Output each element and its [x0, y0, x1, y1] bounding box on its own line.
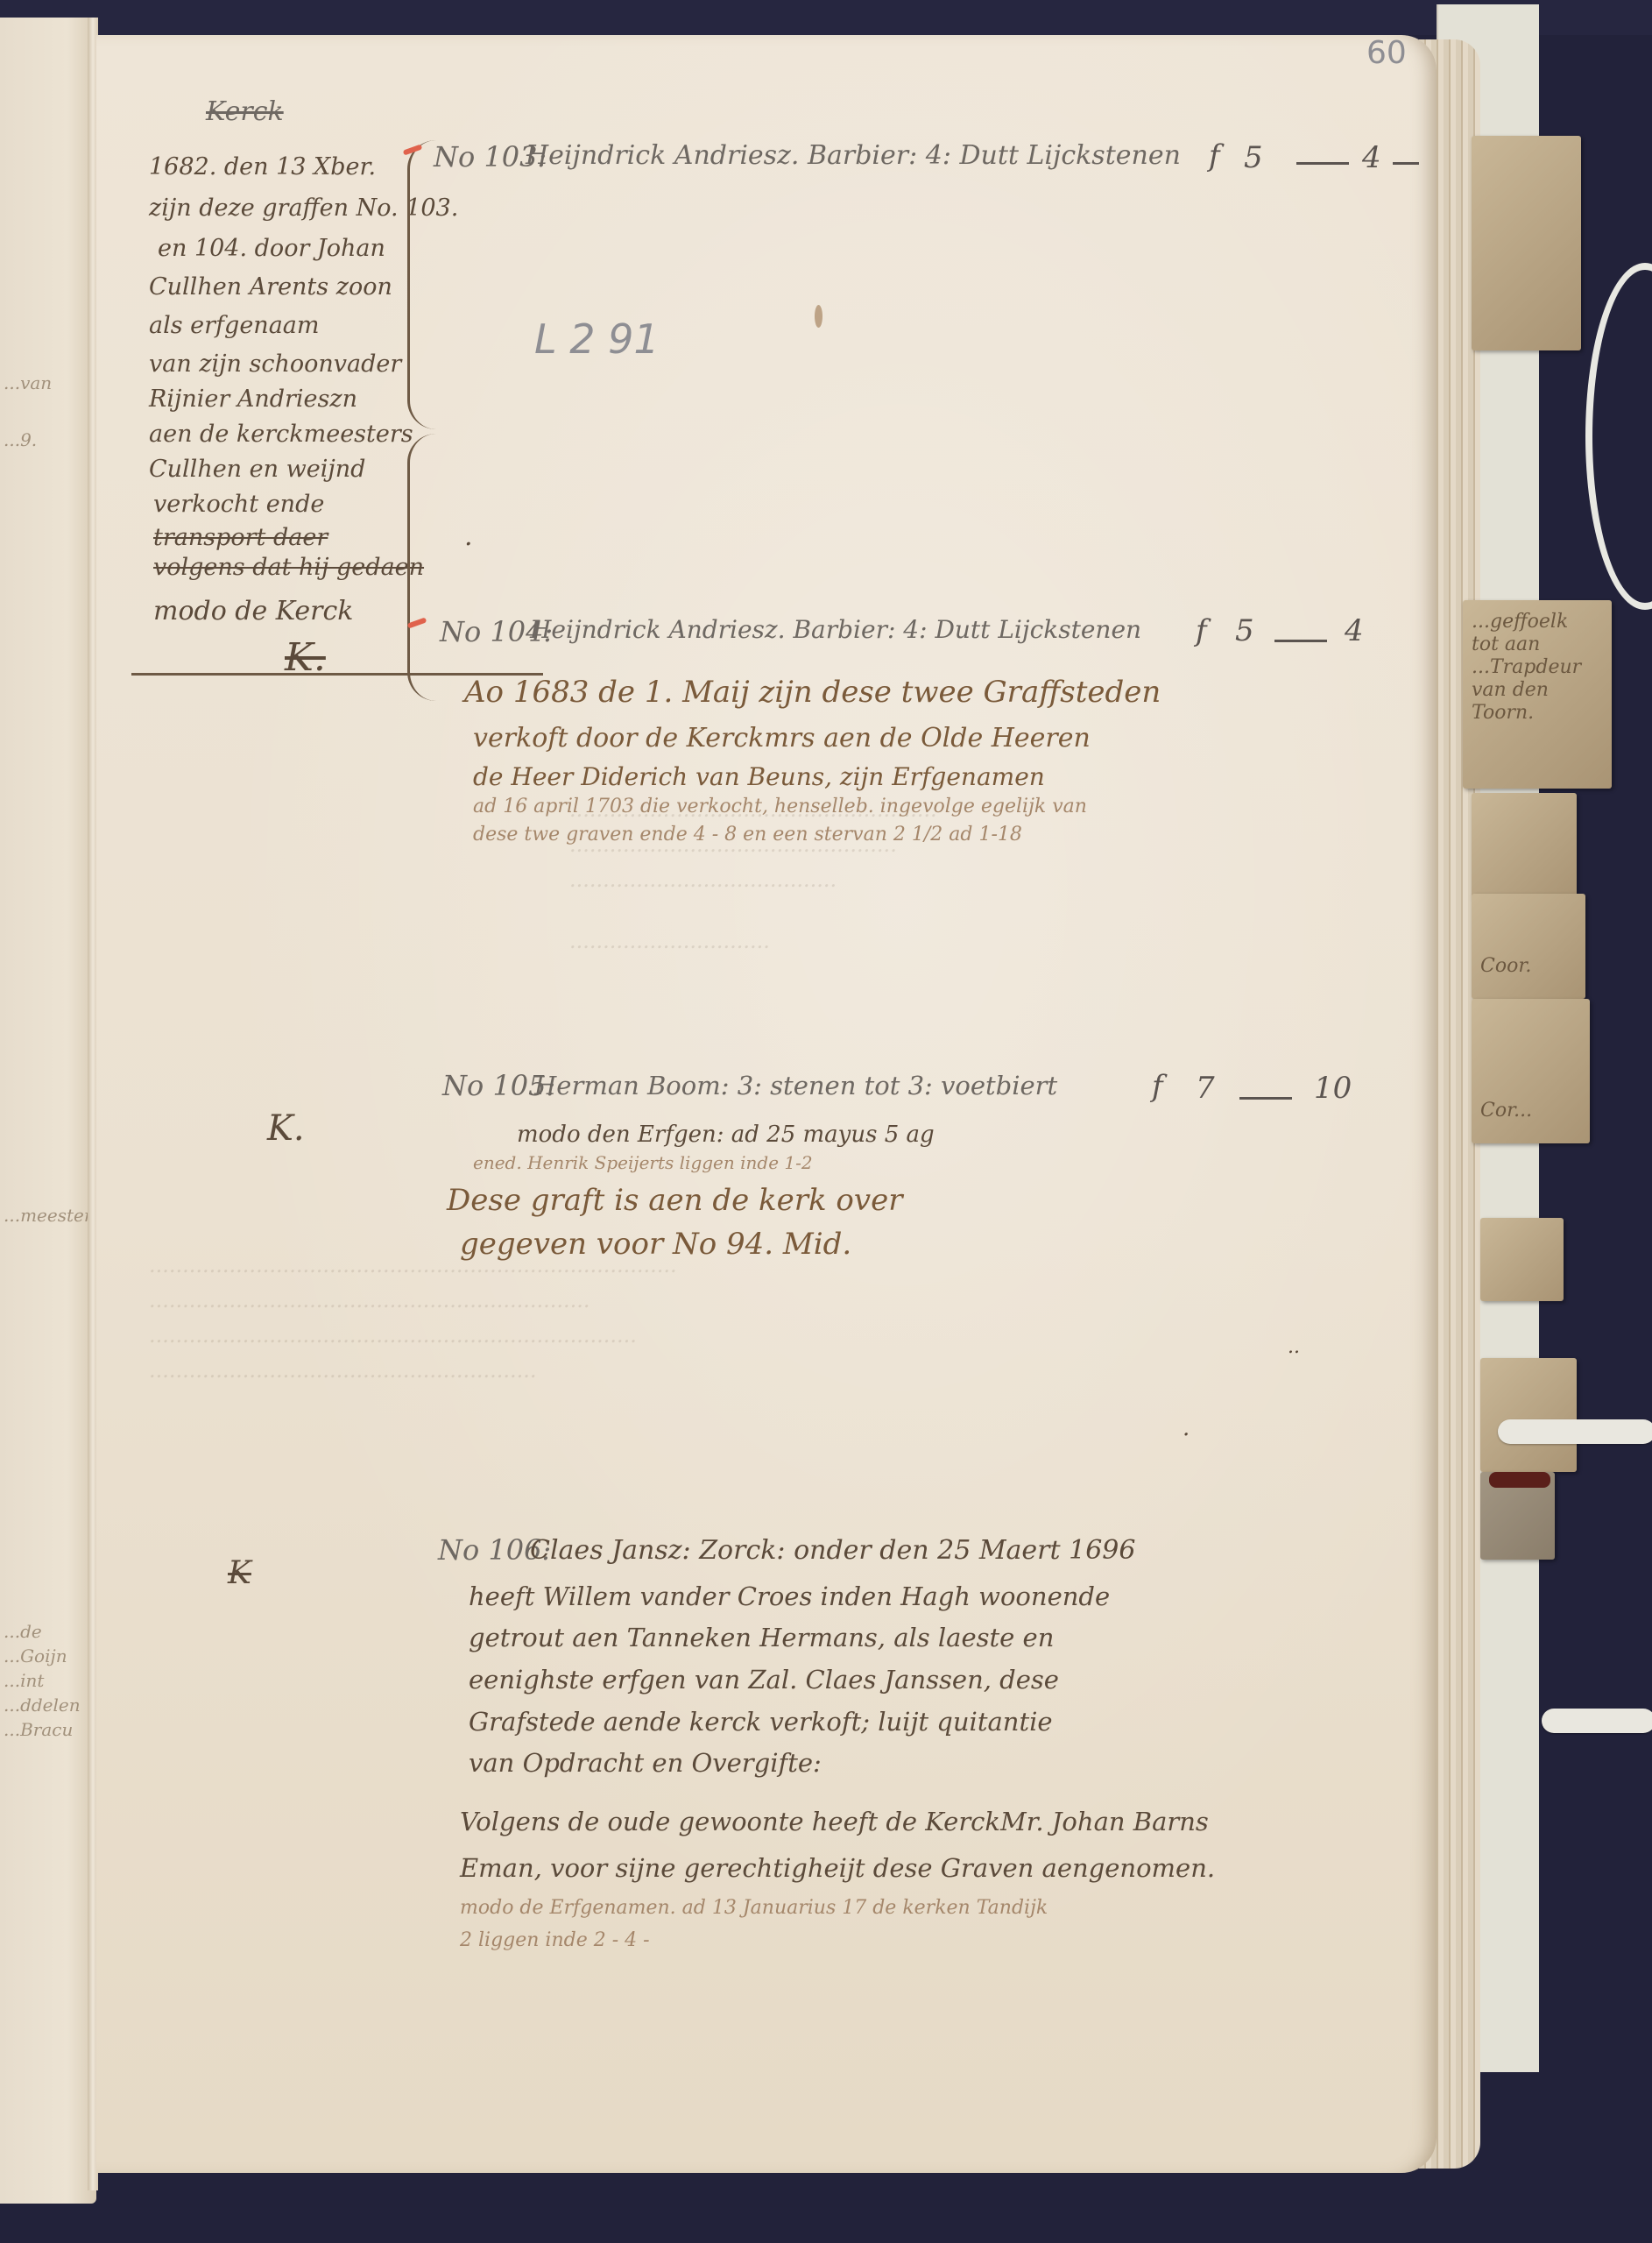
annotation-line: 2 liggen inde 2 - 4 -	[460, 1929, 650, 1951]
side-tab	[1480, 1218, 1564, 1301]
margin-note-line: Cullhen Arents zoon	[149, 273, 392, 301]
annotation-line: verkoft door de Kerckmrs aen de Olde Hee…	[473, 723, 1091, 754]
annotation-line: dese twe graven ende 4 - 8 en een sterva…	[473, 824, 1022, 846]
sub-line: ened. Henrik Speijerts liggen inde 1-2	[473, 1152, 813, 1173]
side-tab-text: Cor...	[1472, 999, 1541, 1133]
binding-tape	[1542, 1709, 1652, 1733]
body-line: eenighste erfgen van Zal. Claes Janssen,…	[469, 1665, 1059, 1695]
amount-stuivers: 4	[1362, 140, 1381, 175]
annotation-line: gegeven voor No 94. Mid.	[460, 1227, 851, 1262]
side-tab	[1480, 1358, 1577, 1472]
side-tab	[1472, 793, 1577, 898]
binding-tape	[1498, 1419, 1652, 1444]
margin-note-line: als erfgenaam	[149, 312, 320, 339]
dot-mark: ..	[1288, 1336, 1300, 1358]
margin-note-line: volgens dat hij gedaen	[153, 554, 424, 581]
florin-symbol: f	[1152, 1069, 1163, 1104]
side-tab-text: ...geffoelk tot aan ...Trapdeur van den …	[1463, 600, 1590, 735]
entry-text: Heijndrick Andriesz. Barbier: 4: Dutt Li…	[530, 615, 1141, 644]
side-tab-text: Coor.	[1472, 894, 1540, 988]
margin-k-mark: K	[228, 1555, 251, 1591]
body-line: getrout aen Tanneken Hermans, als laeste…	[469, 1623, 1054, 1652]
amount-dash	[1296, 162, 1349, 165]
entry-text: Herman Boom: 3: stenen tot 3: voetbiert	[534, 1071, 1057, 1100]
body-line: van Opdracht en Overgifte:	[469, 1748, 822, 1778]
florin-symbol: f	[1196, 613, 1207, 648]
margin-k-mark: K.	[267, 1108, 305, 1149]
amount-stuivers: 4	[1345, 613, 1364, 648]
left-page-fragment: ...meester	[4, 1205, 92, 1226]
margin-note-line: 1682. den 13 Xber.	[149, 153, 376, 180]
margin-struck-heading: Kerck	[206, 96, 284, 127]
wax-mark	[1489, 1472, 1550, 1488]
side-tab: Cor...	[1472, 999, 1590, 1143]
manuscript-page: ........................................…	[96, 35, 1437, 2173]
left-page-fragment: ...ddelen	[4, 1695, 81, 1716]
amount-dash	[1393, 162, 1419, 165]
annotation-line: ad 16 april 1703 die verkocht, henselleb…	[473, 796, 1087, 817]
left-page-fragment: ...9.	[4, 429, 37, 450]
amount-guilders: 7	[1196, 1071, 1215, 1106]
margin-note-line: en 104. door Johan	[158, 235, 385, 262]
left-page-fragment: ...van	[4, 372, 52, 393]
margin-note-line: van zijn schoonvader	[149, 350, 401, 378]
annotation-line: de Heer Diderich van Beuns, zijn Erfgena…	[473, 762, 1045, 791]
amount-stuivers: 10	[1314, 1071, 1352, 1106]
annotation-line: modo de Erfgenamen. ad 13 Januarius 17 d…	[460, 1897, 1048, 1919]
margin-note-line: transport daer	[153, 524, 328, 551]
body-line: Volgens de oude gewoonte heeft de KerckM…	[460, 1807, 1209, 1836]
amount-dash	[1239, 1097, 1292, 1100]
side-tab: Coor.	[1472, 894, 1585, 999]
page-number: 60	[1366, 35, 1407, 71]
body-line: Eman, voor sijne gerechtigheijt dese Gra…	[460, 1853, 1215, 1883]
side-tab: ...geffoelk tot aan ...Trapdeur van den …	[1463, 600, 1612, 789]
bracket-line	[407, 434, 436, 701]
ink-spot	[815, 305, 822, 328]
left-page-fragment: ...Bracu	[4, 1719, 73, 1740]
margin-note-line: Rijnier Andrieszn	[149, 386, 357, 413]
margin-note-line: aen de kerckmeesters	[149, 421, 413, 448]
binding-string	[1585, 263, 1652, 610]
annotation-line: Ao 1683 de 1. Maij zijn dese twee Graffs…	[464, 675, 1161, 710]
margin-note-line: verkocht ende	[153, 491, 324, 518]
left-page-fragment: ...Goijn	[4, 1645, 67, 1666]
amount-guilders: 5	[1244, 140, 1263, 175]
body-line: heeft Willem vander Croes inden Hagh woo…	[469, 1581, 1110, 1611]
amount-dash	[1274, 640, 1327, 642]
annotation-line: Dese graft is aen de kerk over	[447, 1183, 902, 1218]
dot-mark: .	[1183, 1415, 1190, 1441]
left-page-fragment: ...int	[4, 1670, 44, 1691]
bracket-line	[407, 140, 436, 429]
margin-modo: modo de Kerck	[153, 596, 354, 626]
amount-guilders: 5	[1235, 613, 1254, 648]
florin-symbol: f	[1209, 138, 1220, 173]
left-page-fragment: ...de	[4, 1621, 42, 1642]
side-tab	[1472, 136, 1581, 350]
left-page: ...van ...9. ...meester ...de ...Goijn .…	[0, 18, 96, 2204]
pencil-note: L 2 91	[534, 315, 660, 363]
sub-line: modo den Erfgen: ad 25 mayus 5 ag	[517, 1121, 935, 1148]
dot-mark: .	[464, 521, 473, 552]
body-line: Grafstede aende kerck verkoft; luijt qui…	[469, 1707, 1053, 1737]
entry-text: Claes Jansz: Zorck: onder den 25 Maert 1…	[530, 1535, 1135, 1566]
scan-background	[0, 0, 1652, 35]
margin-note-line: Cullhen en weijnd	[149, 456, 365, 483]
entry-text: Heijndrick Andriesz. Barbier: 4: Dutt Li…	[526, 140, 1181, 171]
